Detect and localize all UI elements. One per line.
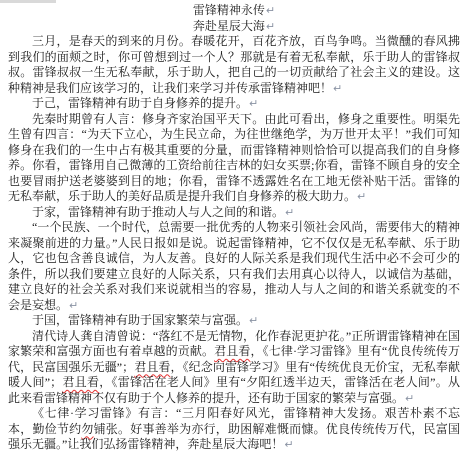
- paragraph-mark-icon: ↵: [405, 392, 414, 405]
- paragraph[interactable]: 先秦时期曾有人言：修身齐家治国平天下。由此可看出，修身之重要性。明渠先生曾有四言…: [8, 112, 460, 205]
- paragraph[interactable]: 于己，雷锋精神有助于自身修养的提升。↵: [8, 96, 460, 112]
- spellcheck-flagged-text: 君且看: [62, 375, 99, 389]
- text-run: 先秦时期曾有人言：修身齐家治国平天下。由此可看出，修身之重要性。明渠先生曾有四言…: [8, 112, 460, 204]
- text-run: 雷锋精神永传: [193, 3, 265, 17]
- paragraph-mark-icon: ↵: [249, 314, 258, 327]
- paragraph-mark-icon: ↵: [284, 438, 293, 451]
- doc-title[interactable]: 雷锋精神永传↵: [8, 3, 460, 19]
- paragraph[interactable]: 于家，雷锋精神有助于推动人与人之间的和谐。↵: [8, 205, 460, 221]
- paragraph-mark-icon: ↵: [285, 206, 294, 219]
- paragraph[interactable]: 《七律·学习雷锋》有言：“三月阳春好风光，雷锋精神大发扬。艰苦朴素不忘本，勤俭节…: [8, 406, 460, 453]
- spellcheck-flagged-text: 君且看: [214, 344, 250, 358]
- paragraph[interactable]: “一个民族、一个时代，总需要一批优秀的人物来引领社会风尚，需要伟大的精神来凝聚前…: [8, 220, 460, 313]
- paragraph-mark-icon: ↵: [69, 299, 78, 312]
- paragraph[interactable]: 于国，雷锋精神有助于国家繁荣与富强。↵: [8, 313, 460, 329]
- text-run: 于国，雷锋精神有助于国家繁荣与富强。: [32, 313, 248, 327]
- doc-subtitle[interactable]: 奔赴星辰大海↵: [8, 19, 460, 35]
- text-run: 于家，雷锋精神有助于推动人与人之间的和谐。: [32, 205, 284, 219]
- paragraph-mark-icon: ↵: [333, 82, 342, 95]
- spellcheck-flagged-text: 君且看: [134, 360, 170, 374]
- text-run: 奔赴星辰大海: [193, 19, 265, 33]
- text-run: 于己，雷锋精神有助于自身修养的提升。: [32, 96, 248, 110]
- paragraph-mark-icon: ↵: [266, 20, 275, 33]
- paragraph[interactable]: 三月，是春天的到来的月份。春暖花开，百花齐放，百鸟争鸣。当微醺的春风拂到我们的面…: [8, 34, 460, 96]
- paragraph[interactable]: 清代诗人龚自清曾说：“落红不是无情物，化作春泥更护花。”正所谓雷锋精神在国家繁荣…: [8, 329, 460, 407]
- document-page[interactable]: 雷锋精神永传↵奔赴星辰大海↵三月，是春天的到来的月份。春暖花开，百花齐放，百鸟争…: [0, 0, 468, 453]
- paragraph-mark-icon: ↵: [249, 97, 258, 110]
- paragraph-mark-icon: ↵: [266, 4, 275, 17]
- document-text-container: 雷锋精神永传↵奔赴星辰大海↵三月，是春天的到来的月份。春暖花开，百花齐放，百鸟争…: [8, 3, 460, 453]
- spellcheck-flagged-text: 勿: [81, 422, 93, 436]
- text-run: “一个民族、一个时代，总需要一批优秀的人物来引领社会风尚，需要伟大的精神来凝聚前…: [8, 220, 460, 312]
- paragraph-mark-icon: ↵: [357, 190, 366, 203]
- text-run: 三月，是春天的到来的月份。春暖花开，百花齐放，百鸟争鸣。当微醺的春风拂到我们的面…: [8, 34, 460, 95]
